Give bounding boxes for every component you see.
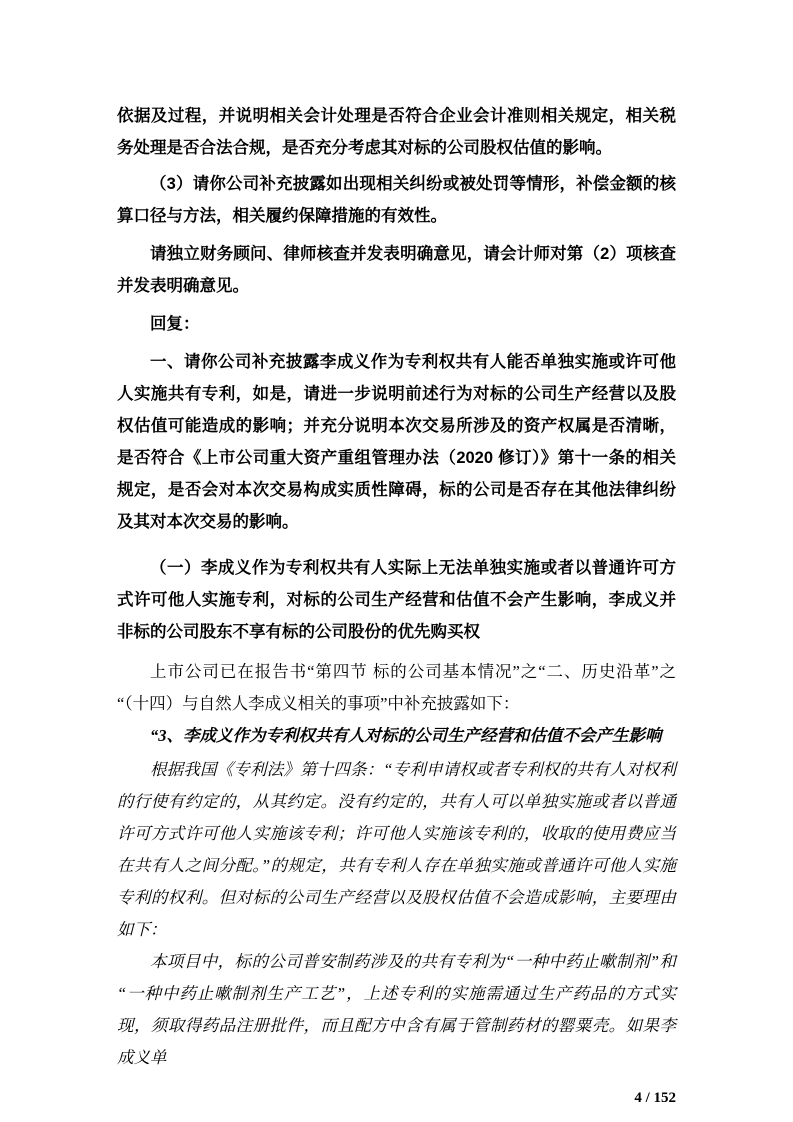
paragraph-answer-heading-1: （一）李成义作为专利权共有人实际上无法单独实施或者以普通许可方式许可他人实施专利… <box>117 552 676 648</box>
paragraph-project-patents: 本项目中，标的公司普安制药涉及的共有专利为“一种中药止嗽制剂”和“一种中药止嗽制… <box>117 946 676 1074</box>
document-page: 依据及过程，并说明相关会计处理是否符合企业会计准则相关规定，相关税务处理是否合法… <box>0 0 793 1122</box>
page-number: 4 / 152 <box>117 1088 676 1108</box>
paragraph-patent-law-quote: 根据我国《专利法》第十四条：“专利申请权或者专利权的共有人对权利的行使有约定的，… <box>117 754 676 946</box>
paragraph-disclosure-intro: 上市公司已在报告书“第四节 标的公司基本情况”之“二、历史沿革”之“（十四）与自… <box>117 656 676 720</box>
paragraph-question-3: （3）请你公司补充披露如出现相关纠纷或被处罚等情形，补偿金额的核算口径与方法，相… <box>117 168 676 232</box>
paragraph-verification-request: 请独立财务顾问、律师核查并发表明确意见，请会计师对第（2）项核查并发表明确意见。 <box>117 238 676 302</box>
paragraph-quoted-heading-3: “3、李成义作为专利权共有人对标的公司生产经营和估值不会产生影响 <box>117 720 676 752</box>
paragraph-continuation: 依据及过程，并说明相关会计处理是否符合企业会计准则相关规定，相关税务处理是否合法… <box>117 100 676 164</box>
paragraph-question-1: 一、请你公司补充披露李成义作为专利权共有人能否单独实施或许可他人实施共有专利，如… <box>117 346 676 538</box>
paragraph-reply-label: 回复： <box>117 308 676 340</box>
